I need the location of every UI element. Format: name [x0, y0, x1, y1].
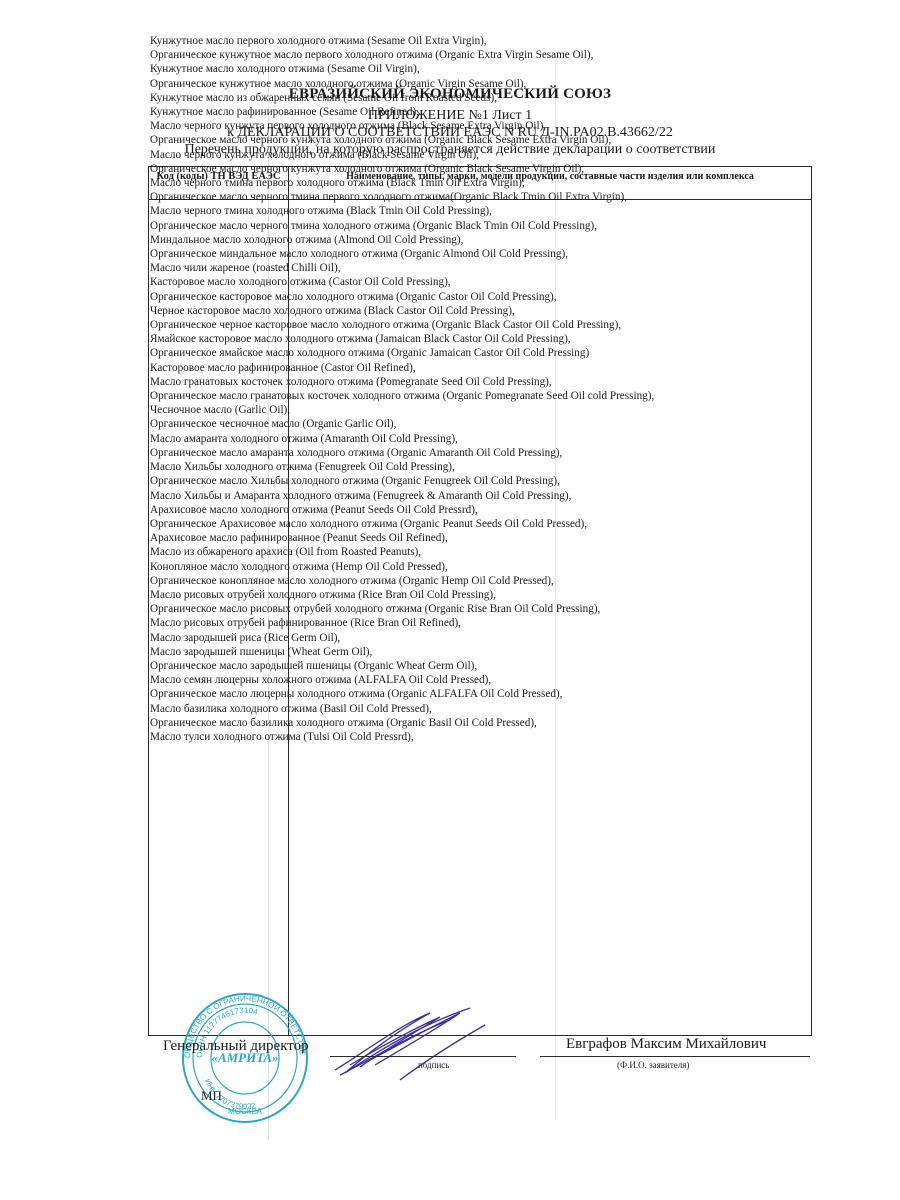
product-item: Масло зародышей риса (Rice Germ Oil), [150, 631, 658, 645]
product-item: Органическое касторовое масло холодного … [150, 290, 658, 304]
declaration-page: ЕВРАЗИЙСКИЙ ЭКОНОМИЧЕСКИЙ СОЮЗ ПРИЛОЖЕНИ… [0, 0, 900, 1200]
product-item: Органическое масло черного кунжута холод… [150, 162, 658, 176]
product-item: Органическое масло амаранта холодного от… [150, 446, 658, 460]
svg-text:МОСКВА: МОСКВА [228, 1107, 262, 1116]
product-list: Кунжутное масло первого холодного отжима… [150, 34, 658, 744]
product-item: Масло зародышей пшеницы (Wheat Germ Oil)… [150, 645, 658, 659]
product-item: Органическое черное касторовое масло хол… [150, 318, 658, 332]
seal-place-mark: МП [201, 1088, 222, 1104]
product-item: Органическое Арахисовое масло холодного … [150, 517, 658, 531]
product-item: Конопляное масло холодного отжима (Hemp … [150, 560, 658, 574]
product-item: Органическое масло гранатовых косточек х… [150, 389, 658, 403]
product-item: Кунжутное масло холодного отжима (Sesame… [150, 62, 658, 76]
product-item: Органическое миндальное масло холодного … [150, 247, 658, 261]
product-item: Ямайское касторовое масло холодного отжи… [150, 332, 658, 346]
product-item: Органическое масло рисовых отрубей холод… [150, 602, 658, 616]
product-item: Органическое масло зародышей пшеницы (Or… [150, 659, 658, 673]
product-item: Масло из обжареного арахиса (Oil from Ro… [150, 545, 658, 559]
product-item: Касторовое масло холодного отжима (Casto… [150, 275, 658, 289]
product-item: Кунжутное масло первого холодного отжима… [150, 34, 658, 48]
product-item: Масло черного тмина холодного отжима (Bl… [150, 204, 658, 218]
product-item: Черное касторовое масло холодного отжима… [150, 304, 658, 318]
signature-line [330, 1056, 516, 1057]
signer-role: Генеральный директор [163, 1038, 309, 1055]
product-item: Касторовое масло рафинированное (Castor … [150, 361, 658, 375]
product-item: Масло черного кунжута первого холодного … [150, 119, 658, 133]
product-item: Масло черного кунжута холодного отжима (… [150, 148, 658, 162]
product-item: Масло Хильбы и Амаранта холодного отжима… [150, 489, 658, 503]
product-item: Масло рисовых отрубей холодного отжима (… [150, 588, 658, 602]
product-item: Масло чили жареное (roasted Chilli Oil), [150, 261, 658, 275]
product-item: Арахисовое масло рафинированное (Peanut … [150, 531, 658, 545]
name-line [540, 1056, 810, 1057]
product-item: Масло рисовых отрубей рафинированное (Ri… [150, 616, 658, 630]
product-item: Чесночное масло (Garlic Oil), [150, 403, 658, 417]
product-item: Масло амаранта холодного отжима (Amarant… [150, 432, 658, 446]
signature-label: подпись [418, 1060, 449, 1070]
product-item: Органическое кунжутное масло холодного о… [150, 77, 658, 91]
signature-icon [330, 1005, 490, 1085]
product-item: Органическое кунжутное масло первого хол… [150, 48, 658, 62]
product-item: Органическое масло черного тмина первого… [150, 190, 658, 204]
product-item: Масло семян люцерны холожного отжима (AL… [150, 673, 658, 687]
product-item: Органическое ямайское масло холодного от… [150, 346, 658, 360]
product-item: Органическое масло черного тмина холодно… [150, 219, 658, 233]
product-item: Органическое масло люцерны холодного отж… [150, 687, 658, 701]
product-item: Кунжутное масло из обжаренных семян (Ses… [150, 91, 658, 105]
product-item: Масло гранатовых косточек холодного отжи… [150, 375, 658, 389]
product-item: Органическое масло черного кунжута холод… [150, 133, 658, 147]
company-stamp-icon: ОБЩЕСТВО С ОГРАНИЧЕННОЙ ОТВЕТСТВЕННОСТЬЮ… [180, 990, 310, 1125]
product-item: Органическое масло базилика холодного от… [150, 716, 658, 730]
product-item: Арахисовое масло холодного отжима (Peanu… [150, 503, 658, 517]
product-item: Органическое конопляное масло холодного … [150, 574, 658, 588]
product-item: Масло Хильбы холодного отжима (Fenugreek… [150, 460, 658, 474]
product-item: Органическое масло Хильбы холодного отжи… [150, 474, 658, 488]
product-item: Органическое чесночное масло (Organic Ga… [150, 417, 658, 431]
applicant-name: Евграфов Максим Михайлович [566, 1036, 766, 1053]
product-item: Масло тулси холодного отжима (Tulsi Oil … [150, 730, 658, 744]
product-item: Масло черного тмина первого холодного от… [150, 176, 658, 190]
product-item: Масло базилика холодного отжима (Basil O… [150, 702, 658, 716]
applicant-label: (Ф.И.О. заявителя) [617, 1060, 689, 1070]
product-item: Миндальное масло холодного отжима (Almon… [150, 233, 658, 247]
product-item: Кунжутное масло рафинированное (Sesame O… [150, 105, 658, 119]
